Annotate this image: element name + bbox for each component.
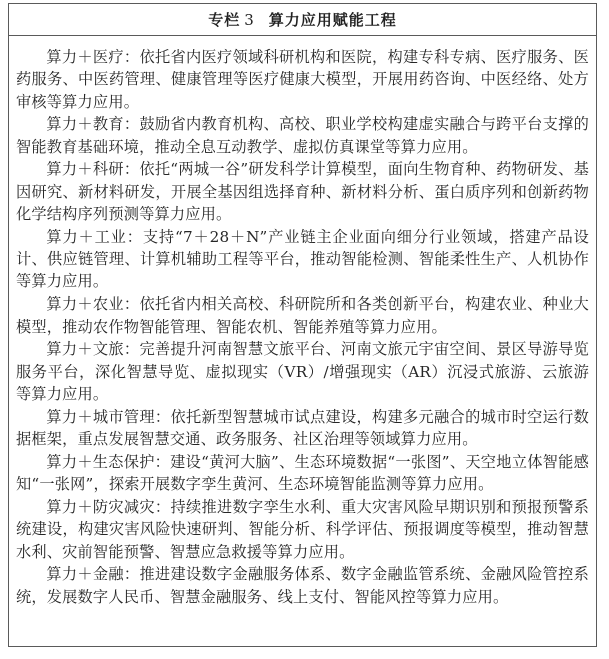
paragraph-city-management: 算力＋城市管理：依托新型智慧城市试点建设，构建多元融合的城市时空运行数据框架，重… [16,406,589,451]
paragraph-heading: 算力＋金融： [46,565,139,583]
paragraph-ecology: 算力＋生态保护：建设“黄河大脑”、生态环境数据“一张图”、天空地立体智能感知“一… [16,451,589,496]
paragraph-heading: 算力＋工业： [46,228,142,246]
paragraph-industry: 算力＋工业：支持“7＋28＋N”产业链主企业面向细分行业领域，搭建产品设计、供应… [16,226,589,293]
paragraph-heading: 算力＋医疗： [46,48,139,66]
paragraph-heading: 算力＋科研： [46,160,139,178]
paragraph-tourism: 算力＋文旅：完善提升河南智慧文旅平台、河南文旅元宇宙空间、景区导游导览服务平台，… [16,338,589,405]
paragraph-heading: 算力＋防灾减灾： [46,498,170,516]
column-title: 算力应用赋能工程 [269,9,397,30]
column-content: 算力＋医疗：依托省内医疗领域科研机构和医院，构建专科专病、医疗服务、医药服务、中… [9,36,596,608]
column-box: 专栏 3 算力应用赋能工程 算力＋医疗：依托省内医疗领域科研机构和医院，构建专科… [8,3,597,647]
paragraph-heading: 算力＋城市管理： [46,408,170,426]
paragraph-agriculture: 算力＋农业：依托省内相关高校、科研院所和各类创新平台，构建农业、种业大模型，推动… [16,293,589,338]
paragraph-finance: 算力＋金融：推进建设数字金融服务体系、数字金融监管系统、金融风险管控系统，发展数… [16,563,589,608]
paragraph-education: 算力＋教育：鼓励省内教育机构、高校、职业学校构建虚实融合与跨平台支撑的智能教育基… [16,113,589,158]
column-label: 专栏 [208,9,240,30]
paragraph-heading: 算力＋文旅： [46,340,139,358]
paragraph-disaster-prevention: 算力＋防灾减灾：持续推进数字孪生水利、重大灾害风险早期识别和预报预警系统建设，构… [16,496,589,563]
paragraph-medical: 算力＋医疗：依托省内医疗领域科研机构和医院，构建专科专病、医疗服务、医药服务、中… [16,46,589,113]
paragraph-heading: 算力＋农业： [46,295,139,313]
paragraph-research: 算力＋科研：依托“两城一谷”研发科学计算模型，面向生物育种、药物研发、基因研究、… [16,158,589,225]
paragraph-heading: 算力＋教育： [46,115,139,133]
paragraph-heading: 算力＋生态保护： [46,453,170,471]
column-number: 3 [244,11,255,29]
column-header: 专栏 3 算力应用赋能工程 [9,4,596,36]
